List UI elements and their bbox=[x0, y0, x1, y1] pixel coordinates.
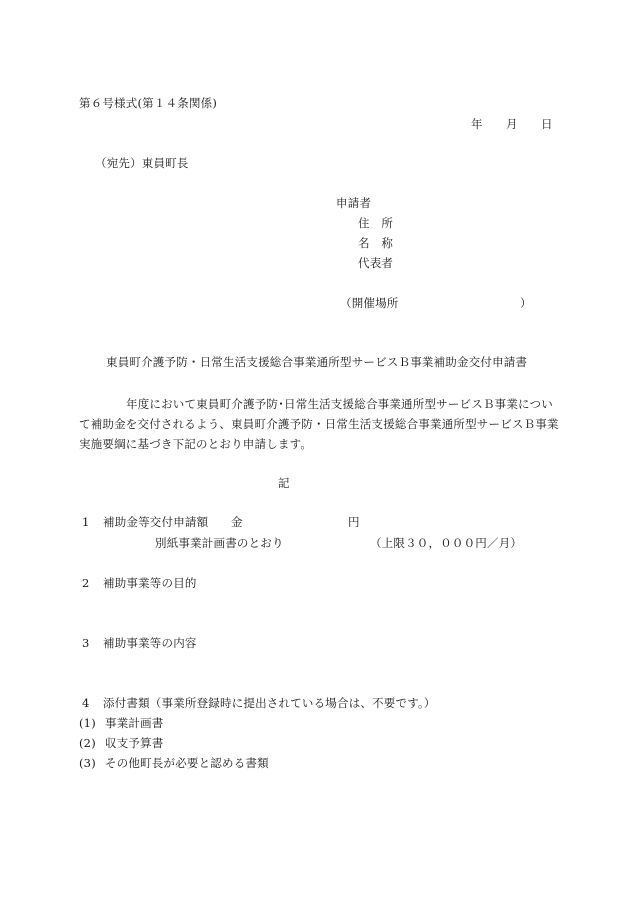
item-1-label: 補助金等交付申請額 bbox=[103, 517, 208, 529]
applicant-heading: 申請者 bbox=[336, 198, 371, 210]
document-page: 第６号様式(第１４条関係) 年 月 日 （宛先）東員町長 申請者 住 所 名 称… bbox=[0, 0, 630, 903]
item-1-number: 1 bbox=[82, 517, 90, 529]
date-year-label: 年 bbox=[471, 119, 483, 131]
item-1-limit: （上限３０，０００円／月） bbox=[370, 538, 522, 550]
representative-label: 代表者 bbox=[358, 258, 393, 270]
addressee: （宛先）東員町長 bbox=[95, 158, 189, 170]
attachment-1-number: (1) bbox=[79, 718, 96, 730]
attachment-1-label: 事業計画書 bbox=[105, 718, 164, 730]
item-4-number: 4 bbox=[82, 698, 90, 710]
venue-close: ） bbox=[520, 298, 532, 310]
body-line-1: 年度において東員町介護予防･日常生活支援総合事業通所型サービスＢ事業につい bbox=[126, 399, 553, 411]
attachment-2-number: (2) bbox=[79, 738, 96, 750]
item-3-label: 補助事業等の内容 bbox=[103, 638, 197, 650]
name-label: 名 称 bbox=[358, 238, 393, 250]
body-line-2: て補助金を交付されるよう、東員町介護予防・日常生活支援総合事業通所型サービスＢ事… bbox=[79, 419, 559, 431]
item-4-label: 添付書類（事業所登録時に提出されている場合は、不要です。） bbox=[103, 698, 436, 710]
ki-marker: 記 bbox=[278, 478, 290, 490]
item-2-label: 補助事業等の目的 bbox=[103, 578, 197, 590]
attachment-2-label: 収支予算書 bbox=[105, 738, 164, 750]
venue-open: （開催場所 bbox=[340, 298, 399, 310]
attachment-3-label: その他町長が必要と認める書類 bbox=[105, 758, 269, 770]
attachment-3-number: (3) bbox=[79, 758, 96, 770]
date-month-label: 月 bbox=[506, 119, 518, 131]
address-label: 住 所 bbox=[358, 218, 393, 230]
date-day-label: 日 bbox=[541, 119, 553, 131]
item-2-number: 2 bbox=[82, 578, 90, 590]
item-1-amount-unit: 円 bbox=[348, 517, 360, 529]
form-number: 第６号様式(第１４条関係) bbox=[79, 98, 217, 110]
body-line-3: 実施要綱に基づき下記のとおり申請します。 bbox=[79, 439, 312, 451]
item-1-note: 別紙事業計画書のとおり bbox=[155, 538, 284, 550]
item-3-number: 3 bbox=[82, 638, 90, 650]
item-1-amount-prefix: 金 bbox=[231, 517, 243, 529]
document-title: 東員町介護予防・日常生活支援総合事業通所型サービスＢ事業補助金交付申請書 bbox=[106, 357, 527, 369]
